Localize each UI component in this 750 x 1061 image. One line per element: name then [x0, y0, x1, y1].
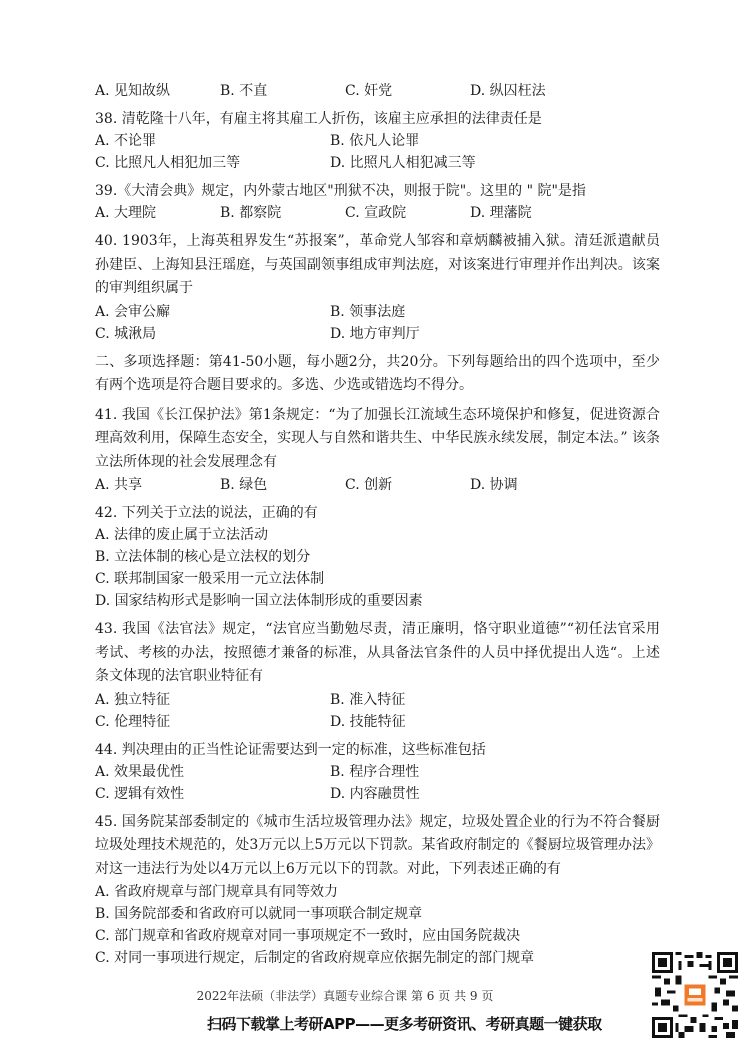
q39-options: A. 大理院 B. 都察院 C. 宣政院 D. 理藩院 — [95, 202, 660, 224]
option-d: D. 国家结构形式是影响一国立法体制形成的重要因素 — [95, 590, 660, 612]
q44-options-row2: C. 逻辑有效性 D. 内容融贯性 — [95, 783, 660, 805]
option-b: B. 都察院 — [220, 202, 345, 224]
option-a: A. 共享 — [95, 474, 220, 496]
q41-options: A. 共享 B. 绿色 C. 创新 D. 协调 — [95, 474, 660, 496]
option-c: C. 部门规章和省政府规章对同一事项规定不一致时，应由国务院裁决 — [95, 925, 660, 947]
q45-stem: 45. 国务院某部委制定的《城市生活垃圾管理办法》规定，垃圾处置企业的行为不符合… — [95, 811, 660, 882]
q37-options: A. 见知故纵 B. 不直 C. 奸党 D. 纵囚枉法 — [95, 80, 660, 102]
page-number-text: 2022年法硕（非法学）真题专业综合课 第 6 页 共 9 页 — [197, 989, 494, 1003]
q43-options-row2: C. 伦理特征 D. 技能特征 — [95, 711, 660, 733]
option-a: A. 见知故纵 — [95, 80, 220, 102]
option-c: C. 逻辑有效性 — [95, 783, 330, 805]
option-b: B. 领事法庭 — [330, 301, 565, 323]
option-b: B. 程序合理性 — [330, 761, 565, 783]
option-d: D. 内容融贯性 — [330, 783, 565, 805]
option-d: D. 理藩院 — [470, 202, 595, 224]
q38-stem: 38. 清乾隆十八年，有雇主将其雇工人折伤，该雇主应承担的法律责任是 — [95, 108, 660, 130]
q44-options-row1: A. 效果最优性 B. 程序合理性 — [95, 761, 660, 783]
q44-stem: 44. 判决理由的正当性论证需要达到一定的标准，这些标准包括 — [95, 739, 660, 761]
option-a: A. 省政府规章与部门规章具有同等效力 — [95, 881, 660, 903]
qr-code-icon[interactable] — [652, 952, 738, 1038]
q43-options-row1: A. 独立特征 B. 准入特征 — [95, 689, 660, 711]
q41-stem: 41. 我国《长江保护法》第1条规定：“为了加强长江流域生态环境保护和修复，促进… — [95, 404, 660, 475]
q43-stem: 43. 我国《法官法》规定，“法官应当勤勉尽责，清正廉明，恪守职业道德”“初任法… — [95, 618, 660, 689]
option-d: D. 地方审判厅 — [330, 323, 565, 345]
option-c: C. 创新 — [345, 474, 470, 496]
option-a: A. 独立特征 — [95, 689, 330, 711]
q40-options-row1: A. 会审公廨 B. 领事法庭 — [95, 301, 660, 323]
option-b: B. 国务院部委和省政府可以就同一事项联合制定规章 — [95, 903, 660, 925]
q40-stem: 40. 1903年，上海英租界发生“苏报案”，革命党人邹容和章炳麟被捕入狱。清廷… — [95, 230, 660, 301]
q38-options-row1: A. 不论罪 B. 依凡人论罪 — [95, 130, 660, 152]
app-download-banner: 扫码下载掌上考研APP——更多考研资讯、考研真题一键获取 — [207, 1013, 602, 1034]
option-b: B. 绿色 — [220, 474, 345, 496]
option-c: C. 城湫局 — [95, 323, 330, 345]
option-d: C. 对同一事项进行规定，后制定的省政府规章应依据先制定的部门规章 — [95, 947, 660, 969]
option-c: C. 伦理特征 — [95, 711, 330, 733]
option-c: C. 宣政院 — [345, 202, 470, 224]
option-b: B. 准入特征 — [330, 689, 565, 711]
q42-stem: 42. 下列关于立法的说法，正确的有 — [95, 502, 660, 524]
option-d: D. 协调 — [470, 474, 595, 496]
option-b: B. 不直 — [220, 80, 345, 102]
section-2-heading: 二、多项选择题：第41-50小题，每小题2分，共20分。下列每题给出的四个选项中… — [95, 351, 660, 398]
option-a: A. 法律的废止属于立法活动 — [95, 524, 660, 546]
option-b: B. 立法体制的核心是立法权的划分 — [95, 546, 660, 568]
q40-options-row2: C. 城湫局 D. 地方审判厅 — [95, 323, 660, 345]
option-c: C. 联邦制国家一般采用一元立法体制 — [95, 568, 660, 590]
q38-options-row2: C. 比照凡人相犯加三等 D. 比照凡人相犯减三等 — [95, 152, 660, 174]
option-a: A. 会审公廨 — [95, 301, 330, 323]
option-d: D. 比照凡人相犯减三等 — [330, 152, 565, 174]
exam-page: A. 见知故纵 B. 不直 C. 奸党 D. 纵囚枉法 38. 清乾隆十八年，有… — [95, 80, 660, 969]
option-d: D. 纵囚枉法 — [470, 80, 595, 102]
option-a: A. 效果最优性 — [95, 761, 330, 783]
q39-stem: 39.《大清会典》规定，内外蒙古地区"刑狱不决，则报于院"。这里的 " 院"是指 — [95, 180, 660, 202]
option-c: C. 奸党 — [345, 80, 470, 102]
option-a: A. 大理院 — [95, 202, 220, 224]
option-d: D. 技能特征 — [330, 711, 565, 733]
page-footer: 2022年法硕（非法学）真题专业综合课 第 6 页 共 9 页 — [0, 987, 750, 1004]
option-c: C. 比照凡人相犯加三等 — [95, 152, 330, 174]
option-a: A. 不论罪 — [95, 130, 330, 152]
option-b: B. 依凡人论罪 — [330, 130, 565, 152]
